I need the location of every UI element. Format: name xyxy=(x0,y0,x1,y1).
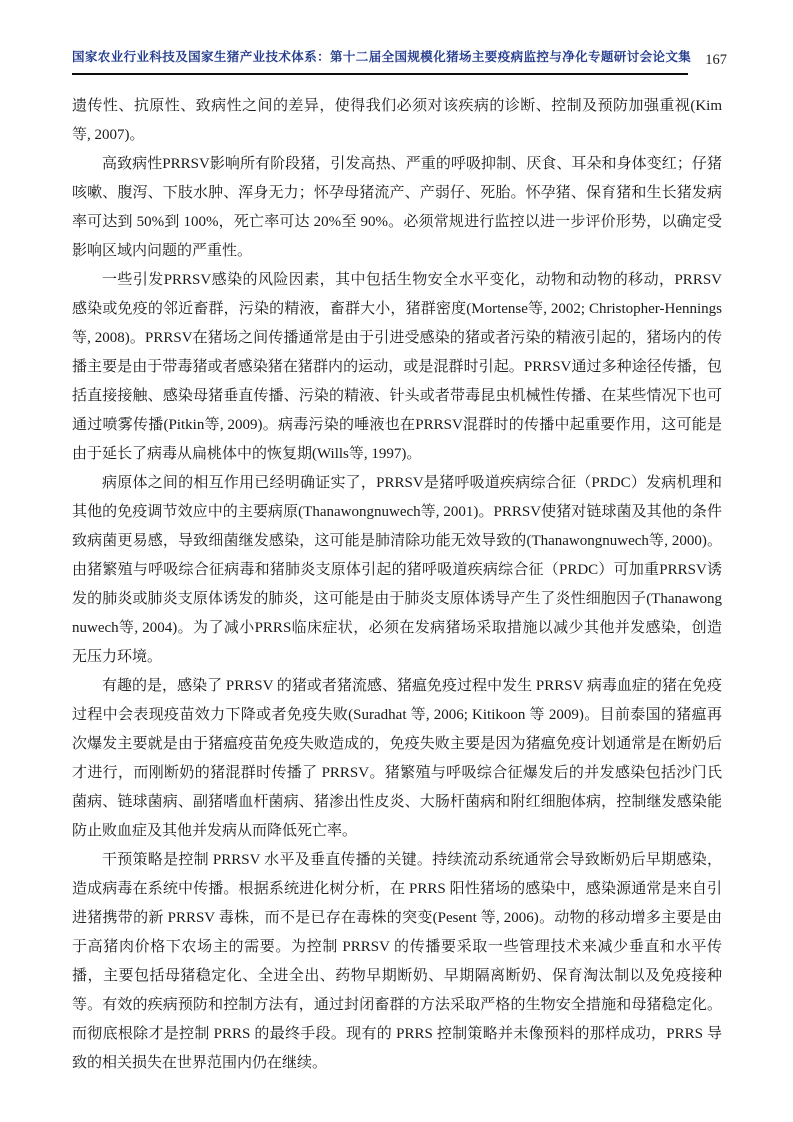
page-content: 国家农业行业科技及国家生猪产业技术体系：第十二届全国规模化猪场主要疫病监控与净化… xyxy=(72,48,722,1078)
header-rule xyxy=(72,73,688,75)
document-page: 国家农业行业科技及国家生猪产业技术体系：第十二届全国规模化猪场主要疫病监控与净化… xyxy=(0,0,793,1122)
page-header: 国家农业行业科技及国家生猪产业技术体系：第十二届全国规模化猪场主要疫病监控与净化… xyxy=(72,48,722,75)
header-row: 国家农业行业科技及国家生猪产业技术体系：第十二届全国规模化猪场主要疫病监控与净化… xyxy=(72,48,722,66)
paragraph-pathogen-interaction: 病原体之间的相互作用已经明确证实了，PRRSV是猪呼吸道疾病综合征（PRDC）发… xyxy=(72,469,722,672)
paragraph-intervention-strategy: 干预策略是控制 PRRSV 水平及垂直传播的关键。持续流动系统通常会导致断奶后早… xyxy=(72,846,722,1078)
paragraph-continuation: 遗传性、抗原性、致病性之间的差异，使得我们必须对该疾病的诊断、控制及预防加强重视… xyxy=(72,92,722,150)
document-body: 遗传性、抗原性、致病性之间的差异，使得我们必须对该疾病的诊断、控制及预防加强重视… xyxy=(72,92,722,1078)
paragraph-hp-prrsv-symptoms: 高致病性PRRSV影响所有阶段猪，引发高热、严重的呼吸抑制、厌食、耳朵和身体变红… xyxy=(72,150,722,266)
header-title: 国家农业行业科技及国家生猪产业技术体系：第十二届全国规模化猪场主要疫病监控与净化… xyxy=(72,48,691,66)
paragraph-vaccine-failure-coinfection: 有趣的是，感染了 PRRSV 的猪或者猪流感、猪瘟免疫过程中发生 PRRSV 病… xyxy=(72,672,722,846)
paragraph-risk-factors-transmission: 一些引发PRRSV感染的风险因素，其中包括生物安全水平变化，动物和动物的移动，P… xyxy=(72,266,722,469)
page-number: 167 xyxy=(691,52,727,68)
